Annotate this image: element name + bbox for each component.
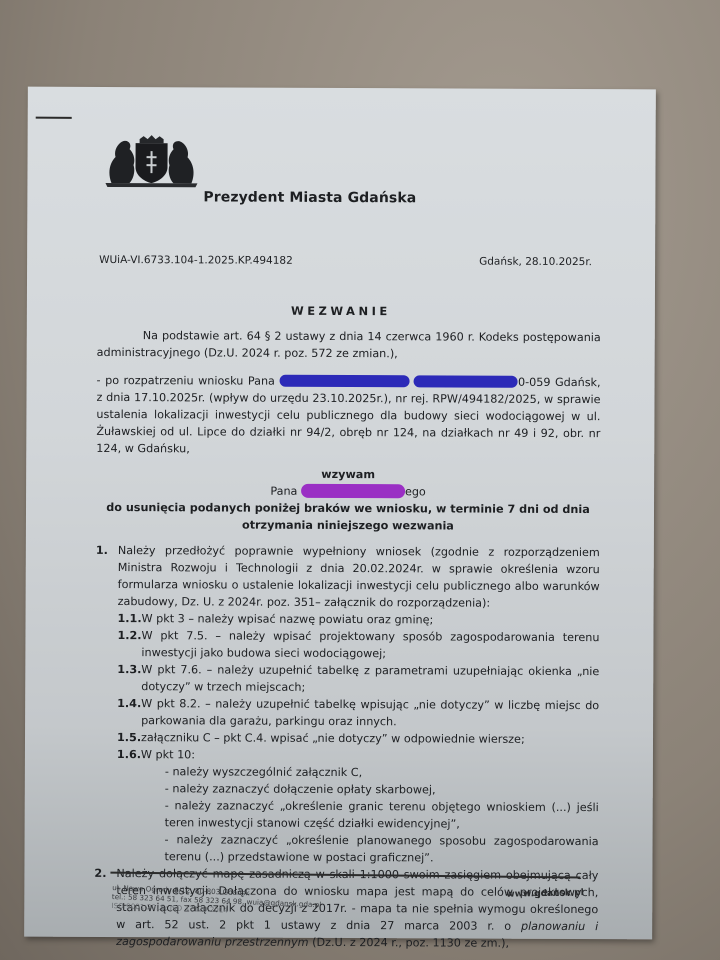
consideration-redacted-tail: 0-059 [518, 376, 551, 389]
issuer-title: Prezydent Miasta Gdańska [203, 189, 416, 206]
point10-dash-2: - należy zaznaczyć dołączenie opłaty ska… [141, 780, 599, 799]
summon-verb: wzywam [96, 465, 600, 484]
addressee-suffix: ego [405, 485, 426, 498]
subitem-1-6: 1.6.W pkt 10: - należy wyszczególnić zał… [116, 746, 599, 867]
gdansk-coat-of-arms-icon [101, 133, 201, 187]
point10-dash-4: - należy zaznaczyć „określenie planowane… [140, 831, 598, 867]
subitem-1-5: 1.5.załączniku C – pkt C.4. wpisać „nie … [117, 729, 599, 748]
redaction-addressee [301, 484, 405, 498]
point10-dash-3: - należy zaznaczyć „określenie granic te… [141, 797, 599, 833]
subitem-1-2: 1.2.W pkt 7.5. – należy wpisać projektow… [117, 627, 599, 663]
addressee-line: Pana ego [96, 482, 600, 501]
footer-website-link[interactable]: www.gdansk.pl [506, 888, 584, 900]
consideration-paragraph: - po rozpatrzeniu wniosku Pana 0-059 Gda… [96, 372, 600, 459]
addressee-prefix: Pana [270, 485, 297, 498]
redaction-address [414, 375, 518, 387]
redaction-name [279, 375, 409, 388]
point10-dash-1: - należy wyszczególnić załącznik C, [141, 763, 599, 782]
document-title: WEZWANIE [27, 303, 655, 320]
summon-purpose: do usunięcia podanych poniżej braków we … [96, 499, 600, 535]
subitem-1-1: 1.1.W pkt 3 – należy wpisać nazwę powiat… [118, 610, 600, 629]
reference-number: WUiA-VI.6733.104-1.2025.KP.494182 [99, 254, 293, 267]
subitem-1-4: 1.4.W pkt 8.2. – należy uzupełnić tabelk… [117, 695, 599, 731]
intro-paragraph: Na podstawie art. 64 § 2 ustawy z dnia 1… [97, 327, 601, 363]
place-date: Gdańsk, 28.10.2025r. [479, 256, 592, 268]
list-item-1: 1. Należy przedłożyć poprawnie wypełnion… [94, 542, 599, 867]
consideration-prefix: - po rozpatrzeniu wniosku Pana [97, 374, 275, 388]
document-body: Na podstawie art. 64 § 2 ustawy z dnia 1… [94, 327, 601, 952]
document-page: Prezydent Miasta Gdańska WUiA-VI.6733.10… [24, 87, 656, 940]
fold-mark [36, 117, 72, 119]
subitem-1-3: 1.3.W pkt 7.6. – należy uzupełnić tabelk… [117, 661, 599, 697]
item-1-text: Należy przedłożyć poprawnie wypełniony w… [118, 542, 600, 612]
